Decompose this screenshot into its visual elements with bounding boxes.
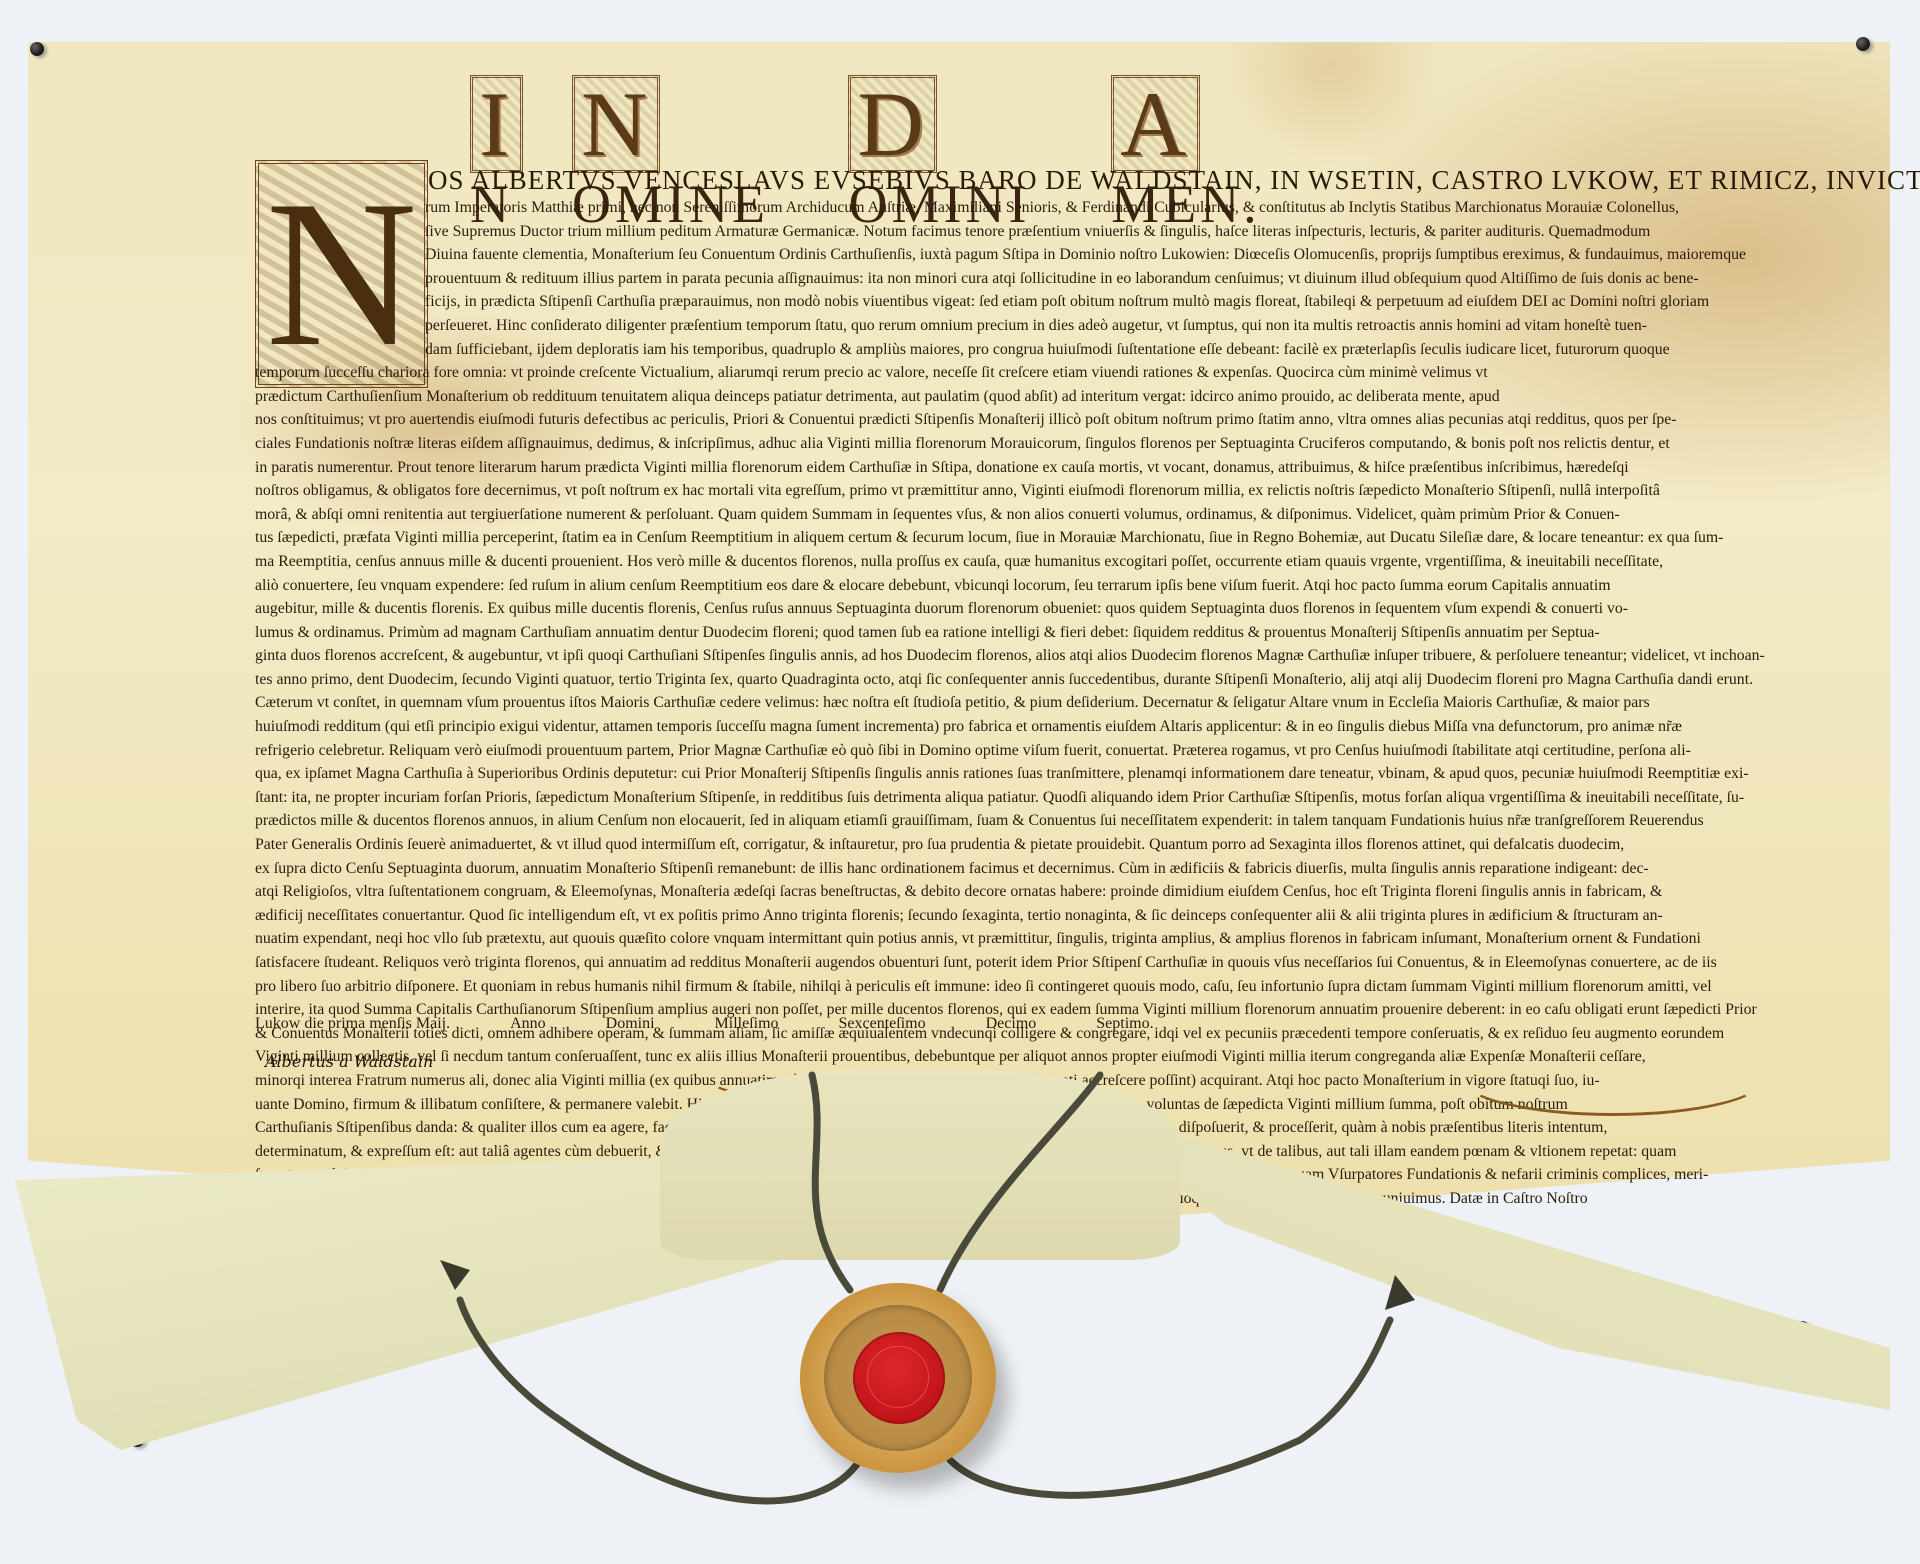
charter-text-line: prædictos mille & ducentos florenos annu… — [255, 809, 1765, 833]
mounting-pin-icon — [1856, 37, 1870, 51]
charter-text-line: nos conſtituimus; vt pro auertendis eiuſ… — [255, 408, 1765, 432]
mounting-pin-icon — [30, 42, 44, 56]
charter-text-line: ginta duos florenos accreſcent, & augebu… — [255, 644, 1765, 668]
charter-text-line: in paratis numerentur. Prout tenore lite… — [255, 456, 1765, 480]
charter-text-line: atqi Religioſos, vltra ſuſtentationem co… — [255, 880, 1765, 904]
charter-text-line: augebitur, mille & ducentis florenis. Ex… — [255, 597, 1765, 621]
charter-text-line: perſeueret. Hinc conſiderato diligenter … — [255, 314, 1765, 338]
charter-text-line: huiuſmodi redditum (qui etſi principio e… — [255, 715, 1765, 739]
decorated-initial-a: A — [1111, 75, 1199, 173]
charter-text-line: prouentuum & redituum illius partem in p… — [255, 267, 1765, 291]
wax-seal-icon — [853, 1332, 945, 1424]
charter-text-line: aliò conuertere, ſeu vnquam expendere: ſ… — [255, 574, 1765, 598]
charter-text-line: refrigerio celebretur. Reliquam verò eiu… — [255, 739, 1765, 763]
charter-text-line: ſatisfacere ſtudeant. Reliquos verò trig… — [255, 951, 1765, 975]
decorated-initial-d: D — [848, 75, 936, 173]
decorated-initial-n: N — [572, 75, 660, 173]
decorated-initial-i: I — [470, 75, 523, 173]
dateline-word: Anno — [510, 1015, 546, 1033]
charter-text-line: temporum ſucceſſu chariora fore omnia: v… — [255, 361, 1765, 385]
seal-case — [800, 1283, 996, 1473]
dateline-word: Septimo. — [1096, 1015, 1153, 1033]
charter-text-line: ex ſupra dicto Cenſu Septuaginta duorum,… — [255, 857, 1765, 881]
plica-fold-center — [660, 1070, 1180, 1260]
dateline-word: Domini — [606, 1015, 655, 1033]
charter-text-line: Diuina fauente clementia, Monaſterium ſe… — [255, 243, 1765, 267]
charter-text-line: qua, ex ipſamet Magna Carthuſia à Superi… — [255, 762, 1765, 786]
charter-text-line: lumus & ordinamus. Primùm ad magnam Cart… — [255, 621, 1765, 645]
charter-text-line: ciales Fundationis noſtræ literas eiſdem… — [255, 432, 1765, 456]
charter-text-line: tus ſæpedicti, præfata Viginti millia pe… — [255, 526, 1765, 550]
charter-text-line: morâ, & abſqi omni renitentia aut tergiu… — [255, 503, 1765, 527]
dateline-word: Sexcenteſimo — [839, 1015, 926, 1033]
charter-text-line: ma Reemptitia, cenſus annuus mille & duc… — [255, 550, 1765, 574]
dateline: Lukow die prima menſis Maij. Anno Domini… — [255, 1015, 1765, 1033]
charter-text-line: prædictum Carthuſienſium Monaſterium ob … — [255, 385, 1765, 409]
charter-text-line: ſive Supremus Ductor trium millium pedit… — [255, 220, 1765, 244]
charter-text-line: rum Imperatoris Matthiæ primi, nec non S… — [255, 196, 1765, 220]
charter-text-line: ficijs, in prædicta Sſtipenſi Carthuſia … — [255, 290, 1765, 314]
intitulatio-heading: OS ALBERTVS VENCESLAVS EVSEBIVS BARO DE … — [428, 165, 1920, 196]
charter-text-line: noſtros obligamus, & obligatos fore dece… — [255, 479, 1765, 503]
calligraphic-flourish-icon — [1460, 1040, 1766, 1116]
charter-text-line: nuatim expendant, neqi hoc vllo ſub præt… — [255, 927, 1765, 951]
charter-text-line: ædificij neceſſitates conuertantur. Quod… — [255, 904, 1765, 928]
charter-text-line: tes anno primo, dent Duodecim, ſecundo V… — [255, 668, 1765, 692]
dateline-word: Milleſimo — [715, 1015, 779, 1033]
seal-case-inner — [824, 1305, 972, 1451]
dateline-word: Lukow die prima menſis Maij. — [255, 1015, 450, 1033]
charter-text-line: ſtant: ita, ne propter incuriam forſan P… — [255, 786, 1765, 810]
dateline-word: Decimo — [986, 1015, 1037, 1033]
charter-text-line: Cæterum vt conſtet, in quemnam vſum prou… — [255, 691, 1765, 715]
charter-text-line: dam ſufficiebant, ijdem deploratis iam h… — [255, 338, 1765, 362]
autograph-signature: Albertus a Waldstain — [265, 1052, 433, 1071]
charter-text-line: Pater Generalis Ordinis ſeuerè animaduer… — [255, 833, 1765, 857]
charter-text-line: pro libero ſuo arbitrio diſponere. Et qu… — [255, 975, 1765, 999]
